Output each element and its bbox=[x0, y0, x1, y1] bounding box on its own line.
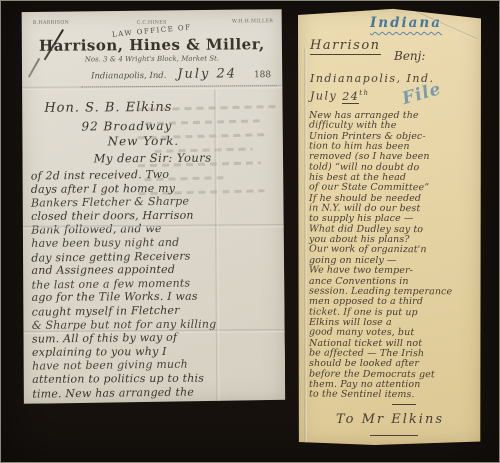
handwritten-line: Our work of organizat'n bbox=[309, 245, 477, 256]
letterhead-partner-left: B.HARRISON bbox=[33, 20, 70, 26]
handwritten-line: ticket. If one is put up bbox=[309, 307, 477, 318]
handwritten-date: July 24 bbox=[177, 66, 237, 81]
handwritten-line: day since getting Receivers bbox=[31, 248, 280, 265]
place-line: Indianapolis, Ind. bbox=[310, 72, 435, 85]
handwritten-line: before the Democrats get bbox=[309, 369, 477, 380]
handwritten-line: to the Sentinel items. bbox=[309, 390, 477, 401]
handwritten-line: tion to him has been bbox=[309, 142, 477, 153]
fold-crease bbox=[304, 48, 307, 445]
handwritten-line: of our State Committee” bbox=[309, 183, 477, 194]
handwritten-line: session. Leading temperance bbox=[309, 286, 477, 297]
handwritten-line: good many votes, but bbox=[309, 328, 477, 339]
handwritten-line: the last one a few moments bbox=[31, 275, 280, 292]
handwritten-line: time. New has arranged the bbox=[32, 384, 281, 401]
ink-bleed-through bbox=[136, 94, 279, 206]
date-line: Indianapolis, Ind. July 24 188 bbox=[91, 66, 277, 82]
right-letter-body: New has arranged the difficulty with the… bbox=[309, 111, 477, 401]
handwritten-line: be affected — The Irish bbox=[309, 348, 477, 359]
letterhead-city: Indianapolis, Ind. bbox=[91, 71, 166, 82]
letterhead-year: 188 bbox=[254, 70, 271, 80]
divider-rule bbox=[392, 404, 416, 405]
handwritten-line: What did Dudley say to bbox=[309, 224, 477, 235]
handwritten-line: told) “will no doubt do bbox=[309, 162, 477, 173]
handwritten-line: in N.Y. will do our best bbox=[309, 204, 477, 215]
closing-line: To Mr Elkins bbox=[336, 412, 444, 427]
letterhead-firm-name: Harrison, Hines & Miller, bbox=[21, 35, 283, 55]
date-line: July 24th bbox=[310, 89, 370, 103]
date-underline bbox=[81, 85, 277, 87]
handwritten-line: We have two temper- bbox=[309, 266, 477, 277]
date-day: 24 bbox=[342, 90, 359, 104]
sender-surname-label: Harrison bbox=[310, 38, 381, 55]
left-letter-page: B.HARRISON C.C.HINES W.H.H.MILLER LAW OF… bbox=[21, 9, 286, 404]
date-ordinal: th bbox=[359, 89, 369, 97]
right-letter-page: Indiana Harrison Benj: Indianapolis, Ind… bbox=[298, 8, 481, 445]
photo-of-letters: B.HARRISON C.C.HINES W.H.H.MILLER LAW OF… bbox=[0, 0, 500, 463]
signature-underline bbox=[370, 435, 418, 436]
letterhead-address: Nos. 3 & 4 Wright's Block, Market St. bbox=[21, 54, 283, 64]
archival-state-label: Indiana bbox=[350, 15, 462, 31]
sender-firstname-label: Benj: bbox=[394, 49, 425, 63]
letterhead-partner-center: C.C.HINES bbox=[137, 20, 167, 26]
handwritten-line: difficulty with the bbox=[309, 121, 477, 132]
date-month: July bbox=[310, 90, 337, 103]
